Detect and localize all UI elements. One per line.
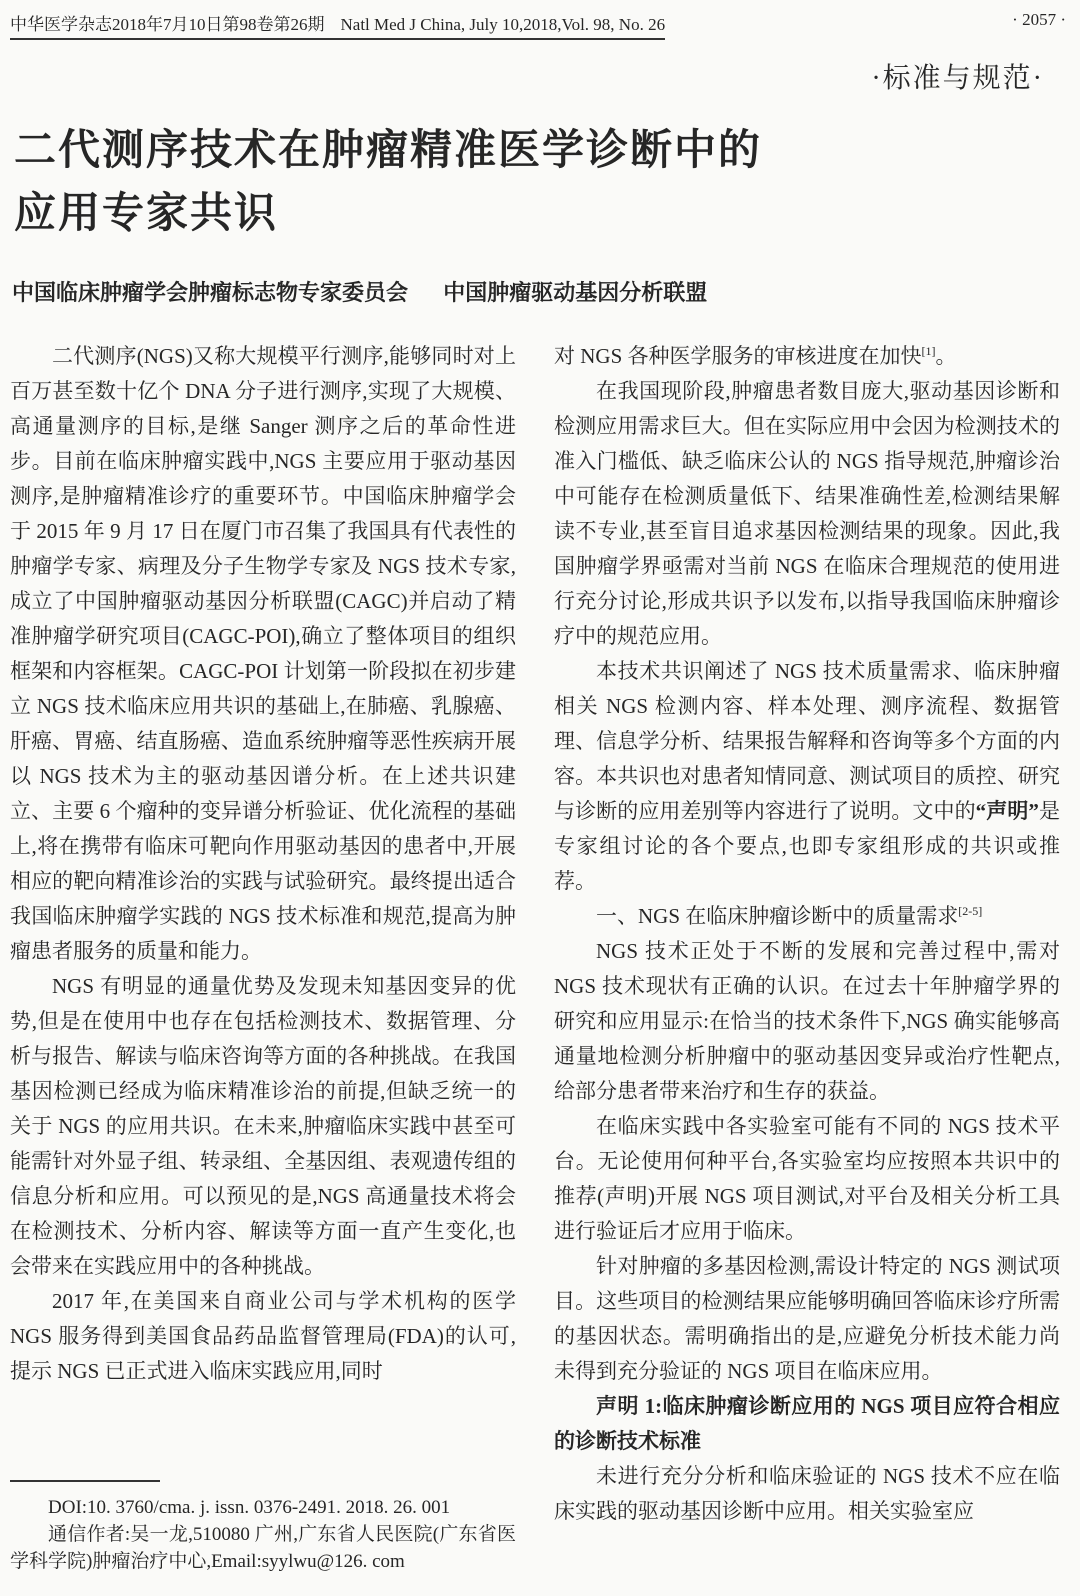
text-run: 未进行充分分析和临床验证的 NGS 技术不应在临床实践的驱动基因诊断中应用。相关… <box>554 1464 1060 1523</box>
running-head: 中华医学杂志2018年7月10日第98卷第26期Natl Med J China… <box>10 10 1070 40</box>
quality-paragraph: NGS 技术正处于不断的发展和完善过程中,需对 NGS 技术现状有正确的认识。在… <box>554 934 1060 1109</box>
multigene-paragraph: 针对肿瘤的多基因检测,需设计特定的 NGS 测试项目。这些项目的检测结果应能够明… <box>554 1249 1060 1389</box>
journal-title-cn: 中华医学杂志2018年7月10日第98卷第26期 <box>10 15 325 34</box>
statement-1-heading: 声明 1:临床肿瘤诊断应用的 NGS 项目应符合相应的诊断技术标准 <box>554 1389 1060 1459</box>
consensus-scope-paragraph: 本技术共识阐述了 NGS 技术质量需求、临床肿瘤相关 NGS 检测内容、样本处理… <box>554 654 1060 899</box>
text-run: “声明” <box>976 799 1039 823</box>
text-run: 声明 1:临床肿瘤诊断应用的 NGS 项目应符合相应的诊断技术标准 <box>554 1394 1060 1453</box>
article-title-line1: 二代测序技术在肿瘤精准医学诊断中的 <box>14 128 762 174</box>
platform-paragraph: 在临床实践中各实验室可能有不同的 NGS 技术平台。无论使用何种平台,各实验室均… <box>554 1109 1060 1249</box>
journal-title-en: Natl Med J China, July 10,2018,Vol. 98, … <box>341 15 666 34</box>
section-label: ·标准与规范· <box>10 56 1070 96</box>
text-run: 2017 年,在美国来自商业公司与学术机构的医学 NGS 服务得到美国食品药品监… <box>10 1289 516 1383</box>
fda-paragraph: 2017 年,在美国来自商业公司与学术机构的医学 NGS 服务得到美国食品药品监… <box>10 1284 516 1389</box>
intro-paragraph: 二代测序(NGS)又称大规模平行测序,能够同时对上百万甚至数十亿个 DNA 分子… <box>10 339 516 969</box>
column-left: 二代测序(NGS)又称大规模平行测序,能够同时对上百万甚至数十亿个 DNA 分子… <box>10 339 516 1589</box>
footnote-divider <box>10 1480 160 1482</box>
text-run: NGS 技术正处于不断的发展和完善过程中,需对 NGS 技术现状有正确的认识。在… <box>554 939 1060 1103</box>
right-paragraphs: 对 NGS 各种医学服务的审核进度在加快[1]。在我国现阶段,肿瘤患者数目庞大,… <box>554 339 1060 1529</box>
left-paragraphs: 二代测序(NGS)又称大规模平行测序,能够同时对上百万甚至数十亿个 DNA 分子… <box>10 339 516 1389</box>
article-title-line2: 应用专家共识 <box>14 191 278 237</box>
china-status-paragraph: 在我国现阶段,肿瘤患者数目庞大,驱动基因诊断和检测应用需求巨大。但在实际应用中会… <box>554 374 1060 654</box>
author-affiliations: 中国临床肿瘤学会肿瘤标志物专家委员会中国肿瘤驱动基因分析联盟 <box>12 276 1070 307</box>
reference-superscript: [1] <box>922 344 936 358</box>
text-run: 在我国现阶段,肿瘤患者数目庞大,驱动基因诊断和检测应用需求巨大。但在实际应用中会… <box>554 379 1060 648</box>
text-run: 二代测序(NGS)又称大规模平行测序,能够同时对上百万甚至数十亿个 DNA 分子… <box>10 344 516 963</box>
text-run: 针对肿瘤的多基因检测,需设计特定的 NGS 测试项目。这些项目的检测结果应能够明… <box>554 1254 1060 1383</box>
text-run: 对 NGS 各种医学服务的审核进度在加快 <box>554 344 922 368</box>
fda-paragraph-continuation: 对 NGS 各种医学服务的审核进度在加快[1]。 <box>554 339 1060 374</box>
author-org-2: 中国肿瘤驱动基因分析联盟 <box>443 280 707 305</box>
article-title: 二代测序技术在肿瘤精准医学诊断中的 应用专家共识 <box>14 120 1070 246</box>
article-body: 二代测序(NGS)又称大规模平行测序,能够同时对上百万甚至数十亿个 DNA 分子… <box>10 339 1070 1589</box>
text-run: NGS 有明显的通量优势及发现未知基因变异的优势,但是在使用中也存在包括检测技术… <box>10 974 516 1278</box>
doi-line: DOI:10. 3760/cma. j. issn. 0376-2491. 20… <box>10 1494 516 1521</box>
journal-masthead: 中华医学杂志2018年7月10日第98卷第26期Natl Med J China… <box>10 10 665 40</box>
column-right: 对 NGS 各种医学服务的审核进度在加快[1]。在我国现阶段,肿瘤患者数目庞大,… <box>554 339 1060 1589</box>
correspondence-line: 通信作者:吴一龙,510080 广州,广东省人民医院(广东省医学科学院)肿瘤治疗… <box>10 1521 516 1575</box>
journal-page: 中华医学杂志2018年7月10日第98卷第26期Natl Med J China… <box>0 0 1080 1596</box>
footnote-block: DOI:10. 3760/cma. j. issn. 0376-2491. 20… <box>10 1474 516 1589</box>
challenges-paragraph: NGS 有明显的通量优势及发现未知基因变异的优势,但是在使用中也存在包括检测技术… <box>10 969 516 1284</box>
text-run: 在临床实践中各实验室可能有不同的 NGS 技术平台。无论使用何种平台,各实验室均… <box>554 1114 1060 1243</box>
text-run: 。 <box>936 344 957 368</box>
statement-1-body: 未进行充分分析和临床验证的 NGS 技术不应在临床实践的驱动基因诊断中应用。相关… <box>554 1459 1060 1529</box>
text-run: 一、NGS 在临床肿瘤诊断中的质量需求 <box>596 904 958 928</box>
page-number: · 2057 · <box>1012 10 1070 30</box>
author-org-1: 中国临床肿瘤学会肿瘤标志物专家委员会 <box>12 280 408 305</box>
reference-superscript: [2-5] <box>958 904 982 918</box>
section-heading-1: 一、NGS 在临床肿瘤诊断中的质量需求[2-5] <box>554 899 1060 934</box>
